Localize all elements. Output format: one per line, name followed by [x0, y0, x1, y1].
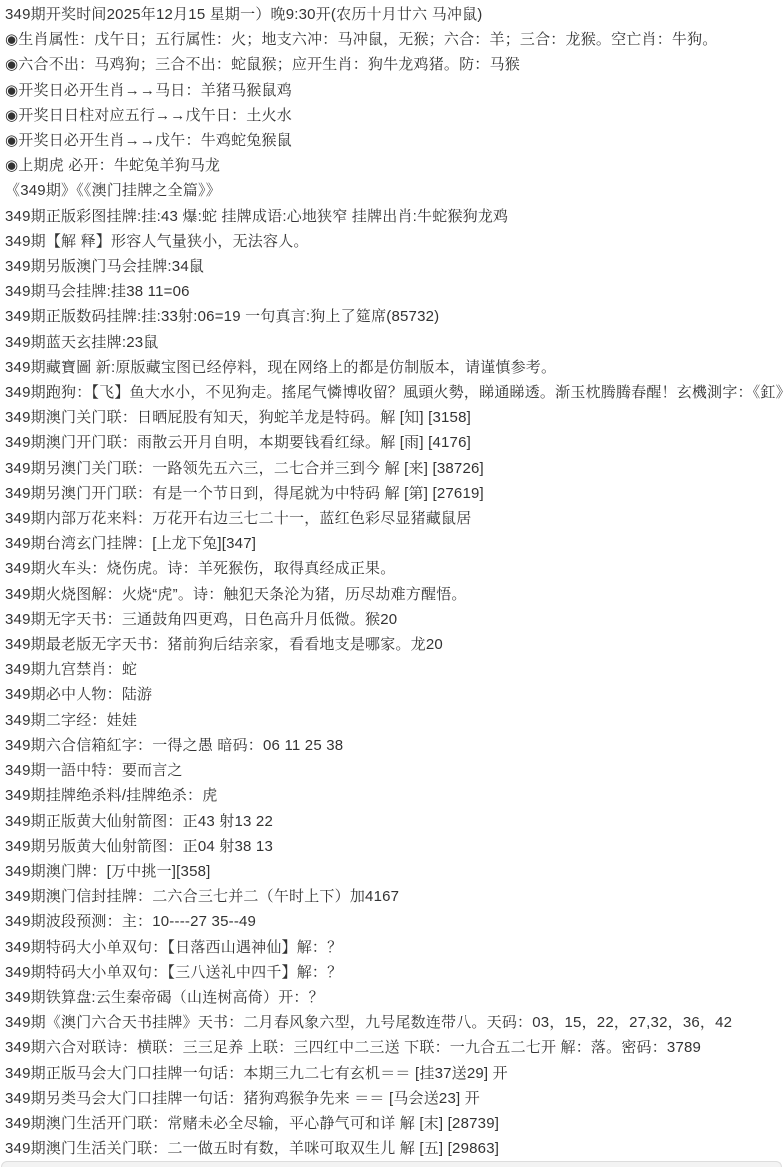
text-line: 349期另版澳门马会挂牌:34鼠	[5, 254, 779, 279]
text-line: 349期正版马会大门口挂牌一句话：本期三九二七有玄机＝＝ [挂37送29] 开	[5, 1061, 779, 1086]
text-line: 349期六合信箱紅字：一得之愚 暗码：06 11 25 38	[5, 733, 779, 758]
text-line: 349期跑狗：【飞】鱼大水小，不见狗走。搖尾气憐博收留？風頭火勢，睇通睇透。渐玉…	[5, 380, 779, 405]
text-line: 349期《澳门六合天书挂牌》天书：二月春风象六型，九号尾数连带八。天码：03，1…	[5, 1010, 779, 1035]
text-line: 349期澳门关门联：日晒屁股有知天，狗蛇羊龙是特码。解 [知] [3158]	[5, 405, 779, 430]
text-line: 349期另版黄大仙射箭图：正04 射38 13	[5, 834, 779, 859]
text-line: 349期【解 释】形容人气量狭小，无法容人。	[5, 229, 779, 254]
text-line: ◉上期虎 必开：牛蛇兔羊狗马龙	[5, 153, 779, 178]
text-line: 349期火车头：烧伤虎。诗：羊死猴伤，取得真经成正果。	[5, 556, 779, 581]
text-line: 349期火烧图解：火烧“虎”。诗：触犯天条沦为猪，历尽劫难方醒悟。	[5, 582, 779, 607]
text-line: 349期藏寶圖 新:原版藏宝图已经停料，现在网络上的都是仿制版本，请谨慎参考。	[5, 355, 779, 380]
text-line: 349期澳门牌：[万中挑一][358]	[5, 859, 779, 884]
text-line: 349期正版数码挂牌:挂:33射:06=19 一句真言:狗上了筵席(85732)	[5, 304, 779, 329]
text-line: 349期铁算盘:云生秦帝碣（山连树高倚）开：？	[5, 985, 779, 1010]
text-line: 349期正版彩图挂牌:挂:43 爆:蛇 挂牌成语:心地狭窄 挂牌出肖:牛蛇猴狗龙…	[5, 204, 779, 229]
text-line: 349期一語中特：要而言之	[5, 758, 779, 783]
text-line: 349期另类马会大门口挂牌一句话：猪狗鸡猴争先来 ＝＝ [马会送23] 开	[5, 1086, 779, 1111]
text-line: 349期内部万花来料：万花开右边三七二十一，蓝红色彩尽显猪藏鼠居	[5, 506, 779, 531]
text-line: ◉生肖属性：戊午日；五行属性：火；地支六冲：马冲鼠，无猴；六合：羊；三合：龙猴。…	[5, 27, 779, 52]
text-line: ◉开奖日必开生肖→→马日：羊猪马猴鼠鸡	[5, 78, 779, 103]
text-line: 349期正版黄大仙射箭图：正43 射13 22	[5, 809, 779, 834]
text-line: 349期九宫禁肖：蛇	[5, 657, 779, 682]
text-line: ◉开奖日必开生肖→→戊午：牛鸡蛇兔猴鼠	[5, 128, 779, 153]
text-line: 349期另澳门关门联：一路领先五六三，二七合并三到今 解 [来] [38726]	[5, 456, 779, 481]
text-line: ◉六合不出：马鸡狗；三合不出：蛇鼠猴；应开生肖：狗牛龙鸡猪。防：马猴	[5, 52, 779, 77]
text-line: 349期澳门生活关门联：二一做五时有数，羊咪可取双生儿 解 [五] [29863…	[5, 1136, 779, 1161]
text-line: ◉开奖日日柱对应五行→→戊午日：土火水	[5, 103, 779, 128]
text-line: 349期特码大小单双句：【三八送礼中四千】解：？	[5, 960, 779, 985]
text-line: 349期澳门生活开门联：常赌未必全尽输，平心静气可和详 解 [末] [28739…	[5, 1111, 779, 1136]
text-line: 349期澳门信封挂牌：二六合三七并二（午时上下）加4167	[5, 884, 779, 909]
text-line: 349期最老版无字天书：猪前狗后结亲家，看看地支是哪家。龙20	[5, 632, 779, 657]
text-line: 349期二字经：娃娃	[5, 708, 779, 733]
text-line: 《349期》《《澳门挂牌之全篇》》	[5, 178, 779, 203]
text-line: 349期六合对联诗：横联：三三足养 上联：三四红中二三送 下联：一九合五二七开 …	[5, 1035, 779, 1060]
text-line: 349期澳门开门联：雨散云开月自明，本期要钱看红绿。解 [雨] [4176]	[5, 430, 779, 455]
text-line: 349期无字天书：三通鼓角四更鸡，日色高升月低微。猴20	[5, 607, 779, 632]
text-line: 349期必中人物：陆游	[5, 682, 779, 707]
text-line: 349期台湾玄门挂牌：[上龙下兔][347]	[5, 531, 779, 556]
text-line: 349期马会挂牌:挂38 11=06	[5, 279, 779, 304]
footer-divider	[1, 1161, 782, 1167]
text-line: 349期开奖时间2025年12月15 星期一）晚9:30开(农历十月廿六 马冲鼠…	[5, 2, 779, 27]
text-line: 349期波段预测：主：10----27 35--49	[5, 909, 779, 934]
text-line: 349期特码大小单双句：【日落西山遇神仙】解：？	[5, 935, 779, 960]
text-line: 349期另澳门开门联：有是一个节日到，得尾就为中特码 解 [第] [27619]	[5, 481, 779, 506]
text-line: 349期蓝天玄挂牌:23鼠	[5, 330, 779, 355]
lottery-info-page: 349期开奖时间2025年12月15 星期一）晚9:30开(农历十月廿六 马冲鼠…	[0, 0, 783, 1167]
content-lines: 349期开奖时间2025年12月15 星期一）晚9:30开(农历十月廿六 马冲鼠…	[0, 0, 783, 1161]
text-line: 349期挂牌绝杀料/挂牌绝杀：虎	[5, 783, 779, 808]
